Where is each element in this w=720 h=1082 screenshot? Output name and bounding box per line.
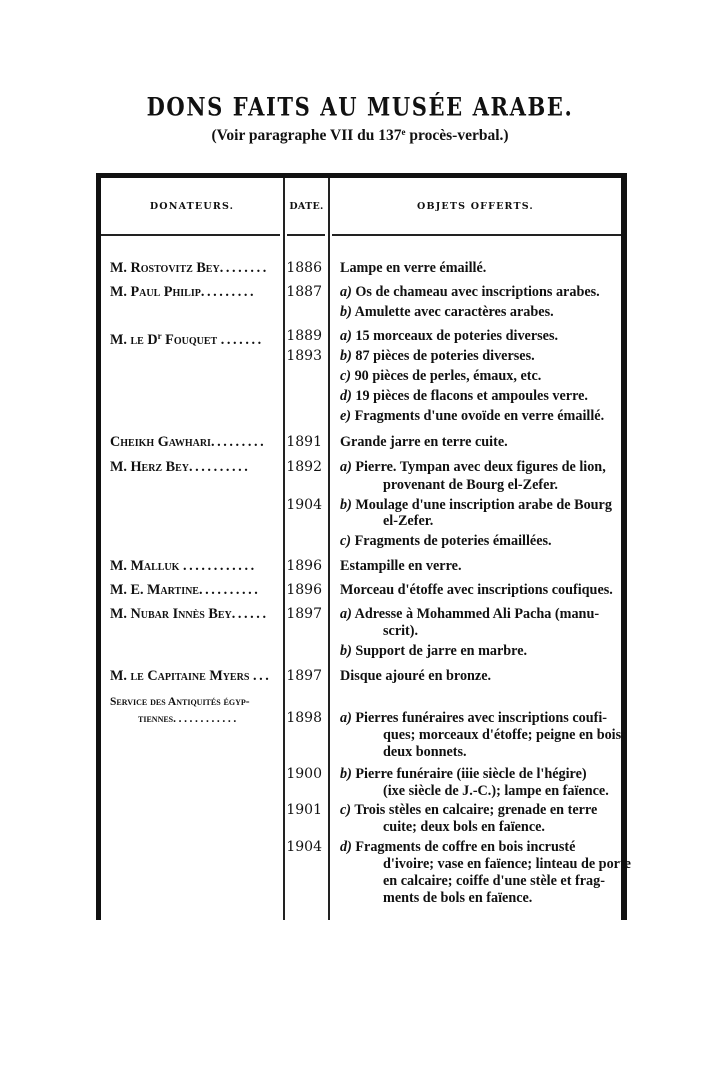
object-item: a) Pierre. Tympan avec deux figures de l…	[340, 457, 622, 477]
donor-cell: M. Nubar Innès Bey......	[110, 604, 280, 624]
table-left-border	[96, 173, 101, 920]
object-item: Morceau d'étoffe avec inscriptions coufi…	[340, 580, 622, 600]
object-item: Disque ajouré en bronze.	[340, 666, 622, 686]
donor-name: M. Herz Bey	[110, 459, 189, 475]
item-text: 90 pièces de perles, émaux, etc.	[351, 368, 541, 384]
item-text: 15 morceaux de poteries diverses.	[352, 328, 558, 344]
date-cell: 1901	[286, 800, 322, 820]
object-item-continuation: (ixe siècle de J.-C.); lampe en faïence.	[383, 781, 622, 801]
donor-cell: M. le Dr Fouquet .......	[110, 326, 280, 346]
item-label: d)	[340, 839, 352, 855]
item-label: c)	[340, 533, 351, 549]
item-label: b)	[340, 304, 352, 320]
object-item: a) 15 morceaux de poteries diverses.	[340, 326, 622, 346]
date-cell: 1886	[286, 258, 322, 278]
object-item: e) Fragments d'une ovoïde en verre émail…	[340, 406, 622, 426]
object-item: Lampe en verre émaillé.	[340, 258, 622, 278]
item-label: a)	[340, 284, 352, 300]
object-item: b) Amulette avec caractères arabes.	[340, 302, 622, 322]
date-cell: 1897	[286, 666, 322, 686]
leader-dots: ..........	[199, 582, 260, 598]
item-text: Fragments de poteries émaillées.	[351, 533, 552, 549]
donor-name: M. le D	[110, 332, 158, 346]
subtitle-text-end: procès-verbal.)	[406, 127, 509, 144]
date-cell: 1897	[286, 604, 322, 624]
date-cell: 1891	[286, 432, 322, 452]
leader-dots: ..........	[189, 459, 250, 475]
leader-dots: ............	[183, 558, 257, 574]
item-label: a)	[340, 328, 352, 344]
header-rule	[332, 234, 621, 236]
donor-name: M. Malluk	[110, 558, 179, 574]
donor-cell: M. Rostovitz Bey........	[110, 258, 280, 278]
donor-cell: M. Malluk ............	[110, 556, 280, 576]
date-cell: 1898	[286, 708, 322, 728]
object-item: a) Os de chameau avec inscriptions arabe…	[340, 282, 622, 302]
leader-dots: .........	[201, 284, 256, 300]
column-header-donors: DONATEURS.	[101, 201, 283, 212]
header-rule	[287, 234, 325, 236]
leader-dots: ...	[253, 668, 271, 684]
item-text: Fragments de coffre en bois incrusté	[352, 839, 576, 855]
donor-cell: M. Paul Philip.........	[110, 282, 280, 302]
column-divider-date-objects	[328, 178, 330, 920]
donor-name: M. Rostovitz Bey	[110, 260, 220, 276]
item-label: b)	[340, 497, 352, 513]
item-label: b)	[340, 766, 352, 782]
object-item: b) 87 pièces de poteries diverses.	[340, 346, 622, 366]
donor-cell-continuation: tiennes............	[110, 709, 280, 729]
object-item: Estampille en verre.	[340, 556, 622, 576]
item-label: e)	[340, 408, 351, 424]
donor-name: M. Paul Philip	[110, 284, 201, 300]
column-header-date: DATE.	[285, 201, 328, 212]
object-item-continuation: deux bonnets.	[383, 742, 622, 762]
object-item: c) Fragments de poteries émaillées.	[340, 531, 622, 551]
header-rule	[101, 234, 280, 236]
donor-name: M. le Capitaine Myers	[110, 668, 249, 684]
table-top-border	[96, 173, 627, 178]
donor-name: Service des Antiquités égyp-	[110, 696, 250, 708]
object-item: Grande jarre en terre cuite.	[340, 432, 622, 452]
item-label: c)	[340, 802, 351, 818]
item-label: b)	[340, 348, 352, 364]
date-cell: 1900	[286, 764, 322, 784]
item-label: c)	[340, 368, 351, 384]
column-header-objects: OBJETS OFFERTS.	[330, 201, 621, 212]
item-text: 87 pièces de poteries diverses.	[352, 348, 535, 364]
donor-name: Fouquet	[162, 332, 218, 346]
item-text: Trois stèles en calcaire; grenade en ter…	[351, 802, 597, 818]
object-item-continuation: cuite; deux bols en faïence.	[383, 817, 622, 837]
donor-cell: M. E. Martine..........	[110, 580, 280, 600]
donor-name: Cheikh Gawhari	[110, 434, 211, 450]
date-cell: 1889	[286, 326, 322, 346]
item-text: Pierre. Tympan avec deux figures de lion…	[352, 459, 606, 475]
item-text: Pierre funéraire (iiie siècle de l'hégir…	[352, 766, 587, 782]
donor-cell: Cheikh Gawhari.........	[110, 432, 280, 452]
item-label: a)	[340, 710, 352, 726]
donor-name: M. E. Martine	[110, 582, 199, 598]
object-item: c) 90 pièces de perles, émaux, etc.	[340, 366, 622, 386]
object-item: b) Support de jarre en marbre.	[340, 641, 622, 661]
item-label: a)	[340, 459, 352, 475]
date-cell: 1892	[286, 457, 322, 477]
item-label: a)	[340, 606, 352, 622]
object-item-continuation: provenant de Bourg el-Zefer.	[383, 475, 622, 495]
item-text: Pierres funéraires avec inscriptions cou…	[352, 710, 607, 726]
object-item-continuation: scrit).	[383, 621, 622, 641]
item-text: Fragments d'une ovoïde en verre émaillé.	[351, 408, 604, 424]
object-item: d) 19 pièces de flacons et ampoules verr…	[340, 386, 622, 406]
date-cell: 1904	[286, 837, 322, 857]
page-title: DONS FAITS AU MUSÉE ARABE.	[0, 92, 720, 122]
donor-name: tiennes	[138, 713, 173, 725]
item-text: 19 pièces de flacons et ampoules verre.	[352, 388, 588, 404]
item-label: d)	[340, 388, 352, 404]
item-text: Support de jarre en marbre.	[352, 643, 527, 659]
donor-cell: M. le Capitaine Myers ...	[110, 666, 280, 686]
donor-cell: M. Herz Bey..........	[110, 457, 280, 477]
date-cell: 1896	[286, 580, 322, 600]
page-subtitle: (Voir paragraphe VII du 137e procès-verb…	[0, 127, 720, 145]
item-label: b)	[340, 643, 352, 659]
leader-dots: .........	[211, 434, 266, 450]
item-text: Os de chameau avec inscriptions arabes.	[352, 284, 600, 300]
leader-dots: .......	[221, 332, 264, 346]
leader-dots: ......	[232, 606, 269, 622]
leader-dots: ............	[173, 713, 239, 725]
date-cell: 1896	[286, 556, 322, 576]
date-cell: 1893	[286, 346, 322, 366]
date-cell: 1904	[286, 495, 322, 515]
date-cell: 1887	[286, 282, 322, 302]
column-divider-donors-date	[283, 178, 285, 920]
item-text: Adresse à Mohammed Ali Pacha (manu-	[352, 606, 599, 622]
donor-name: M. Nubar Innès Bey	[110, 606, 232, 622]
item-text: Amulette avec caractères arabes.	[352, 304, 554, 320]
object-item-continuation: el-Zefer.	[383, 511, 622, 531]
subtitle-text: (Voir paragraphe VII du 137	[211, 127, 401, 144]
object-item-continuation: ments de bols en faïence.	[383, 888, 622, 908]
leader-dots: ........	[220, 260, 269, 276]
